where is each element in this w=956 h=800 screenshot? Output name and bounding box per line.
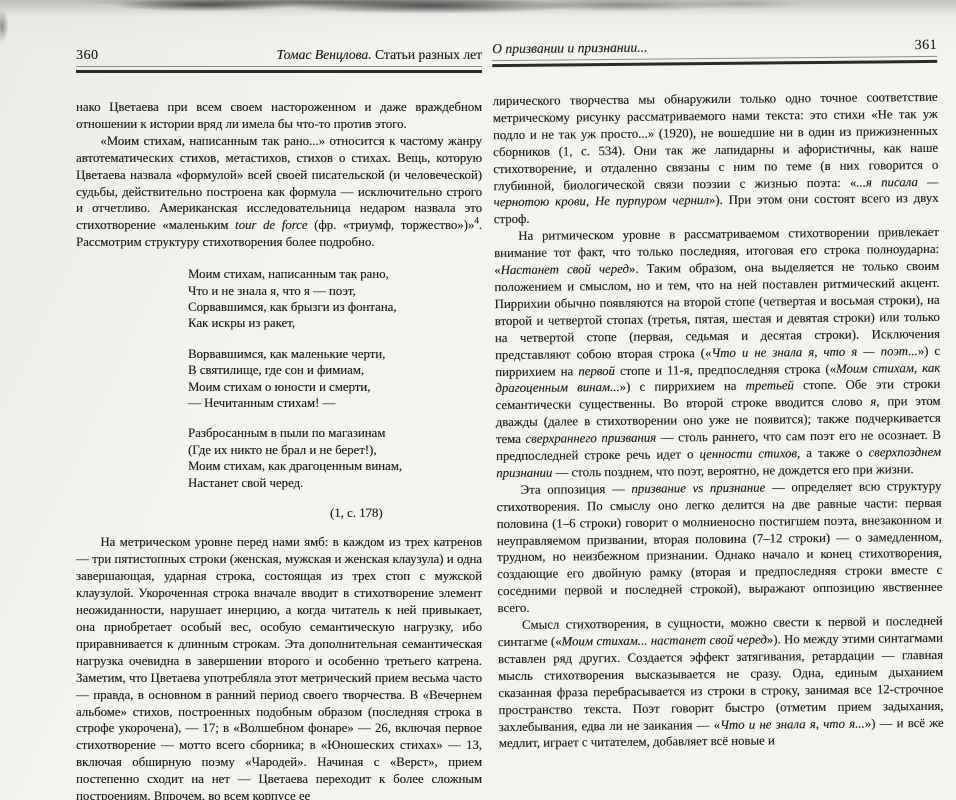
paragraph: Эта оппозиция — призвание vs признание —…	[496, 478, 942, 618]
book-scan: 360 Томас Венцлова. Статьи разных лет на…	[0, 0, 956, 800]
right-running-header: О призвании и признании... 361	[492, 36, 937, 58]
left-running-title: Томас Венцлова. Статьи разных лет	[277, 46, 482, 63]
right-running-title: О призвании и признании...	[492, 39, 647, 57]
left-running-header: 360 Томас Венцлова. Статьи разных лет	[76, 46, 482, 64]
paragraph: «Моим стихам, написанным так рано...» от…	[76, 133, 482, 251]
poem-block: Моим стихам, написанным так рано,Что и н…	[188, 266, 482, 521]
right-page-number: 361	[915, 37, 938, 54]
right-page: О призвании и признании... 361 лирическо…	[492, 36, 944, 753]
paragraph: На метрическом уровне перед нами ямб: в …	[76, 534, 482, 800]
paragraph-continuation: нако Цветаева при всем своем настороженн…	[76, 99, 482, 133]
left-header-rule	[76, 66, 482, 73]
poem-stanza-3: Разбросанным в пыли по магазинам(Где их …	[188, 425, 482, 491]
left-page: 360 Томас Венцлова. Статьи разных лет на…	[76, 46, 482, 800]
scan-artifact-left-edge	[0, 8, 14, 48]
poem-stanza-2: Ворвавшимся, как маленькие черти,В святи…	[188, 346, 482, 412]
paragraph: На ритмическом уровне в рассматриваемом …	[494, 224, 941, 482]
scan-artifact-top-band	[0, 0, 956, 18]
paragraph-continuation: лирического творчества мы обнаружили тол…	[493, 89, 939, 229]
poem-stanza-1: Моим стихам, написанным так рано,Что и н…	[188, 266, 482, 332]
poem-citation: (1, с. 178)	[330, 505, 482, 521]
right-header-rule	[492, 56, 937, 67]
left-page-number: 360	[76, 47, 99, 64]
paragraph: Смысл стихотворения, в сущности, можно с…	[498, 613, 944, 753]
